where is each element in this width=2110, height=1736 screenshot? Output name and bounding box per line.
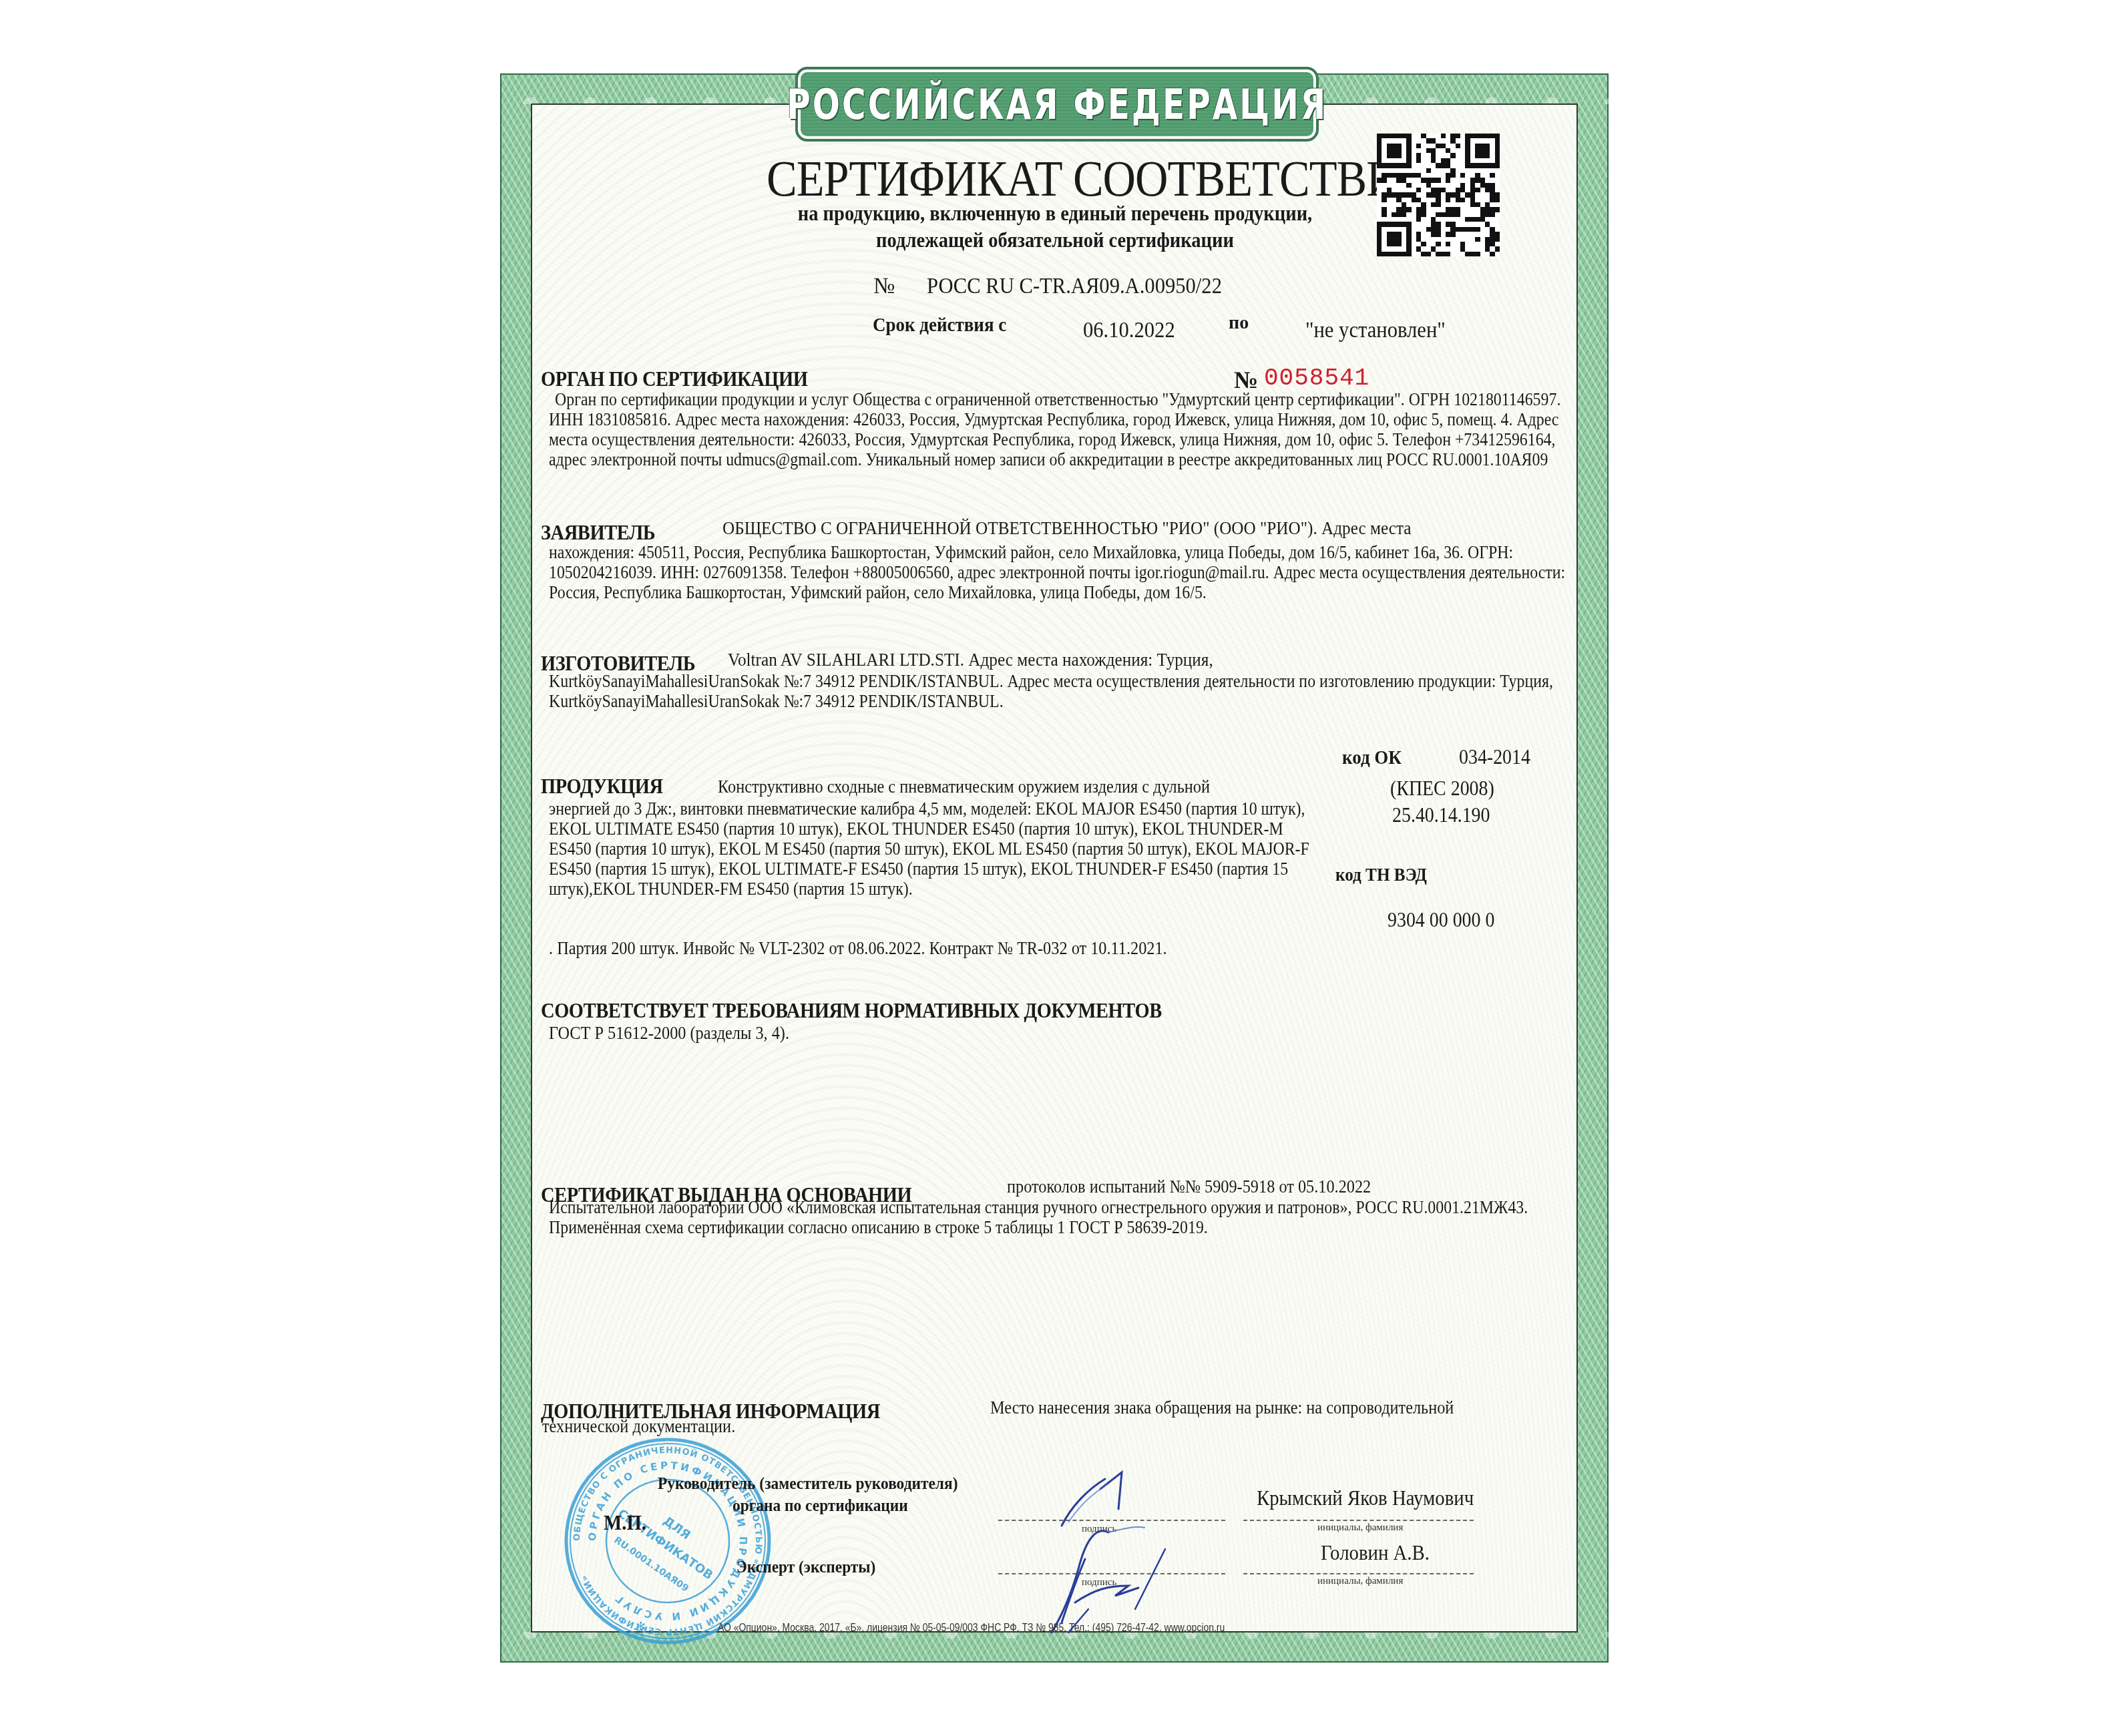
head-name: Крымский Яков Наумович xyxy=(1257,1486,1474,1510)
validity-to-label: по xyxy=(1229,312,1249,334)
ok-code-value: 25.40.14.190 xyxy=(1392,803,1490,827)
manufacturer-name: Voltran AV SILAHLARI LTD.STI. Адрес мест… xyxy=(728,650,1213,671)
svg-text:RU.0001.10АЯ09: RU.0001.10АЯ09 xyxy=(612,1535,691,1594)
certificate-number: РОСС RU С-TR.АЯ09.А.00950/22 xyxy=(927,274,1222,299)
head-label-line2: органа по сертификации xyxy=(732,1496,908,1516)
head-signature-icon xyxy=(1042,1469,1175,1529)
certificate-subtitle-line2: подлежащей обязательной сертификации xyxy=(760,228,1349,252)
ok-code-class: (КПЕС 2008) xyxy=(1390,777,1494,801)
additional-first-line: Место нанесения знака обращения на рынке… xyxy=(990,1397,1454,1418)
applicant-name: ОБЩЕСТВО С ОГРАНИЧЕННОЙ ОТВЕТСТВЕННОСТЬЮ… xyxy=(722,518,1411,539)
product-batch-line: . Партия 200 штук. Инвойс № VLT-2302 от … xyxy=(549,938,1167,959)
certificate-number-label: № xyxy=(873,274,895,299)
valid-from-date: 06.10.2022 xyxy=(1083,318,1175,343)
expert-label: Эксперт (эксперты) xyxy=(736,1557,875,1577)
country-badge: РОССИЙСКАЯ ФЕДЕРАЦИЯ xyxy=(798,69,1316,139)
valid-to-date: "не установлен" xyxy=(1305,318,1446,343)
validity-label: Срок действия с xyxy=(873,314,1006,337)
product-first-line: Конструктивно сходные с пневматическим о… xyxy=(718,777,1210,797)
applicant-text: нахождения: 450511, Россия, Республика Б… xyxy=(549,542,1570,602)
applicant-heading: ЗАЯВИТЕЛЬ xyxy=(541,521,655,545)
basis-protocols: протоколов испытаний №№ 5909-5918 от 05.… xyxy=(1007,1176,1371,1197)
basis-text: Испытательной лаборатории ООО «Климовска… xyxy=(549,1197,1570,1237)
cert-body-text: Орган по сертификации продукции и услуг … xyxy=(549,389,1576,469)
svg-text:✻: ✻ xyxy=(636,1620,646,1634)
ok-code-label: код ОК xyxy=(1342,746,1402,769)
manufacturer-text: KurtköySanayiMahallesiUranSokak №:7 3491… xyxy=(549,671,1570,711)
conformity-text: ГОСТ Р 51612-2000 (разделы 3, 4). xyxy=(549,1023,789,1044)
expert-name-line xyxy=(1243,1573,1474,1574)
cert-body-heading: ОРГАН ПО СЕРТИФИКАЦИИ xyxy=(541,367,807,391)
printer-footer: АО «Опцион», Москва, 2017, «Б», лицензия… xyxy=(718,1621,1225,1635)
ok-code-standard: 034-2014 xyxy=(1459,745,1530,769)
certification-stamp: ОБЩЕСТВО С ОГРАНИЧЕННОЙ ОТВЕТСТВЕННОСТЬЮ… xyxy=(562,1436,773,1647)
head-name-line xyxy=(1243,1520,1474,1521)
tnved-value: 9304 00 000 0 xyxy=(1388,908,1494,932)
product-text: энергией до 3 Дж:, винтовки пневматическ… xyxy=(549,799,1318,899)
head-name-caption: инициалы, фамилия xyxy=(1317,1522,1403,1534)
blank-serial-number: 0058541 xyxy=(1264,365,1369,392)
tnved-label: код ТН ВЭД xyxy=(1335,865,1427,886)
expert-signature-icon xyxy=(1022,1522,1209,1636)
additional-text: технической документации. xyxy=(542,1416,735,1437)
country-badge-text: РОССИЙСКАЯ ФЕДЕРАЦИЯ xyxy=(787,80,1327,129)
head-label-line1: Руководитель (заместитель руководителя) xyxy=(658,1474,958,1494)
expert-name: Головин А.В. xyxy=(1321,1540,1430,1565)
certificate-subtitle-line1: на продукцию, включенную в единый перече… xyxy=(760,202,1349,226)
expert-name-caption: инициалы, фамилия xyxy=(1317,1576,1403,1587)
certificate-title: СЕРТИФИКАТ СООТВЕТСТВИЯ xyxy=(767,150,1343,208)
product-heading: ПРОДУКЦИЯ xyxy=(541,775,663,799)
qr-code-icon xyxy=(1377,134,1500,256)
conformity-heading: СООТВЕТСТВУЕТ ТРЕБОВАНИЯМ НОРМАТИВНЫХ ДО… xyxy=(541,999,1162,1023)
stamp-place-label: М.П. xyxy=(604,1510,646,1535)
